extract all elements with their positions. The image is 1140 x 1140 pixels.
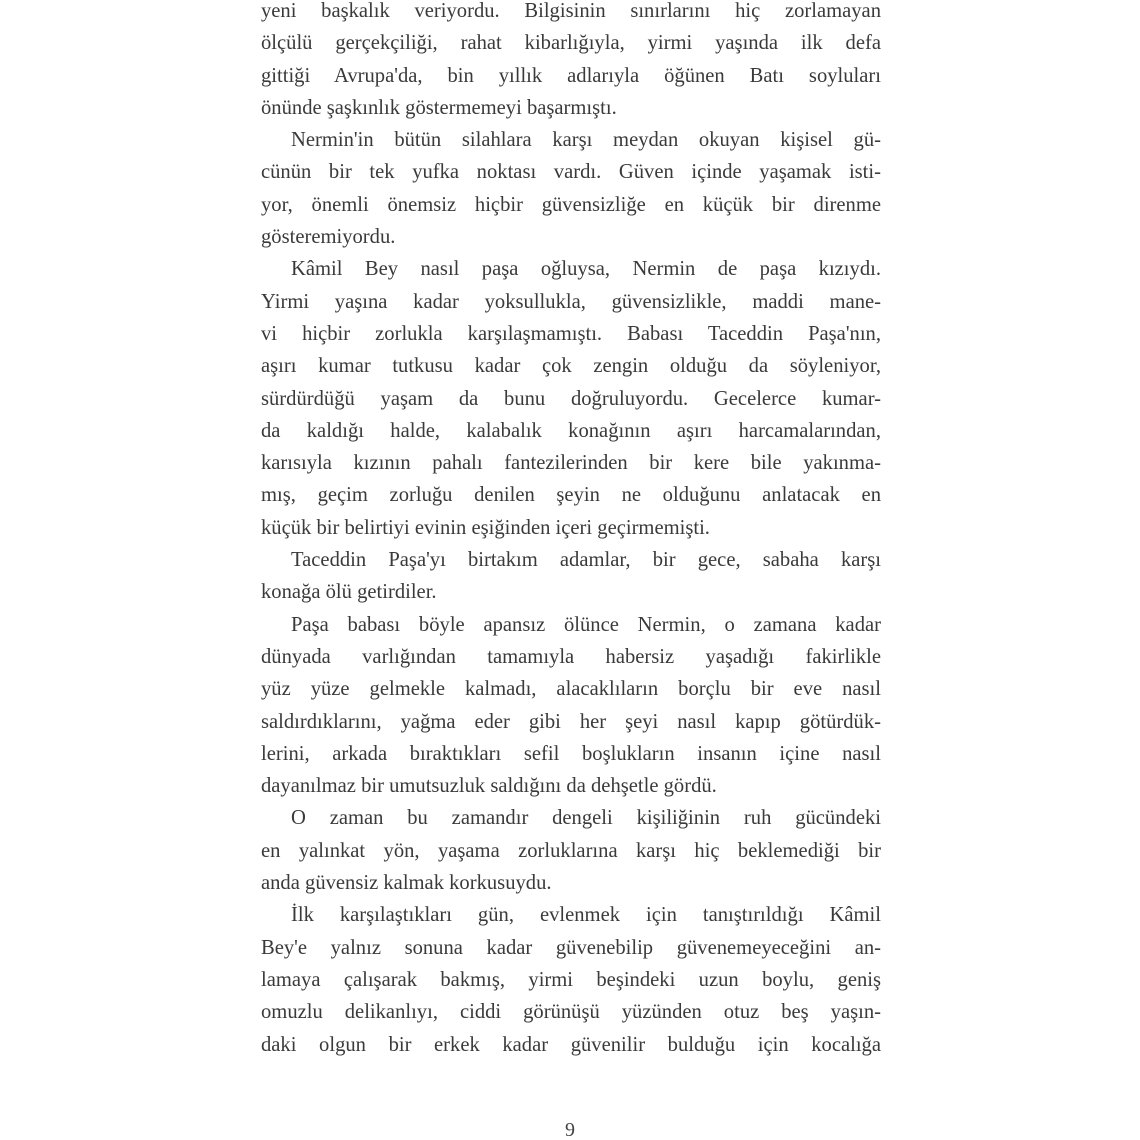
text-line: konağa ölü getirdiler. (261, 576, 881, 608)
paragraph-4: Taceddin Paşa'yı birtakım adamlar, bir g… (261, 544, 881, 609)
text-line: İlk karşılaştıkları gün, evlenmek için t… (261, 899, 881, 931)
paragraph-5: Paşa babası böyle apansız ölünce Nermin,… (261, 609, 881, 803)
text-line: lamaya çalışarak bakmış, yirmi beşindeki… (261, 964, 881, 996)
book-page-text: yeni başkalık veriyordu. Bilgisinin sını… (261, 0, 881, 1061)
text-line: karısıyla kızının pahalı fantezilerinden… (261, 447, 881, 479)
text-line: yor, önemli önemsiz hiçbir güvensizliğe … (261, 189, 881, 221)
text-line: anda güvensiz kalmak korkusuydu. (261, 867, 881, 899)
text-line: yüz yüze gelmekle kalmadı, alacaklıların… (261, 673, 881, 705)
text-line: gösteremiyordu. (261, 221, 881, 253)
page-number: 9 (0, 1119, 1140, 1140)
text-line: da kaldığı halde, kalabalık konağının aş… (261, 415, 881, 447)
text-line: Kâmil Bey nasıl paşa oğluysa, Nermin de … (261, 253, 881, 285)
text-line: gittiği Avrupa'da, bin yıllık adlarıyla … (261, 60, 881, 92)
paragraph-7: İlk karşılaştıkları gün, evlenmek için t… (261, 899, 881, 1060)
text-line: Taceddin Paşa'yı birtakım adamlar, bir g… (261, 544, 881, 576)
text-line: aşırı kumar tutkusu kadar çok zengin old… (261, 350, 881, 382)
text-line: küçük bir belirtiyi evinin eşiğinden içe… (261, 512, 881, 544)
text-line: en yalınkat yön, yaşama zorluklarına kar… (261, 835, 881, 867)
text-line: cünün bir tek yufka noktası vardı. Güven… (261, 156, 881, 188)
text-line: O zaman bu zamandır dengeli kişiliğinin … (261, 802, 881, 834)
text-line: lerini, arkada bıraktıkları sefil boşluk… (261, 738, 881, 770)
paragraph-2: Nermin'in bütün silahlara karşı meydan o… (261, 124, 881, 253)
text-line: mış, geçim zorluğu denilen şeyin ne oldu… (261, 479, 881, 511)
text-line: dayanılmaz bir umutsuzluk saldığını da d… (261, 770, 881, 802)
text-line: Paşa babası böyle apansız ölünce Nermin,… (261, 609, 881, 641)
text-line: yeni başkalık veriyordu. Bilgisinin sını… (261, 0, 881, 27)
paragraph-6: O zaman bu zamandır dengeli kişiliğinin … (261, 802, 881, 899)
text-line: Bey'e yalnız sonuna kadar güvenebilip gü… (261, 932, 881, 964)
text-line: önünde şaşkınlık göstermemeyi başarmıştı… (261, 92, 881, 124)
text-line: saldırdıklarını, yağma eder gibi her şey… (261, 706, 881, 738)
text-line: Yirmi yaşına kadar yoksullukla, güvensiz… (261, 286, 881, 318)
text-line: Nermin'in bütün silahlara karşı meydan o… (261, 124, 881, 156)
text-line: omuzlu delikanlıyı, ciddi görünüşü yüzün… (261, 996, 881, 1028)
text-line: daki olgun bir erkek kadar güvenilir bul… (261, 1029, 881, 1061)
text-line: sürdürdüğü yaşam da bunu doğruluyordu. G… (261, 383, 881, 415)
paragraph-1: yeni başkalık veriyordu. Bilgisinin sını… (261, 0, 881, 124)
text-line: dünyada varlığından tamamıyla habersiz y… (261, 641, 881, 673)
text-line: ölçülü gerçekçiliği, rahat kibarlığıyla,… (261, 27, 881, 59)
paragraph-3: Kâmil Bey nasıl paşa oğluysa, Nermin de … (261, 253, 881, 544)
text-line: vi hiçbir zorlukla karşılaşmamıştı. Baba… (261, 318, 881, 350)
